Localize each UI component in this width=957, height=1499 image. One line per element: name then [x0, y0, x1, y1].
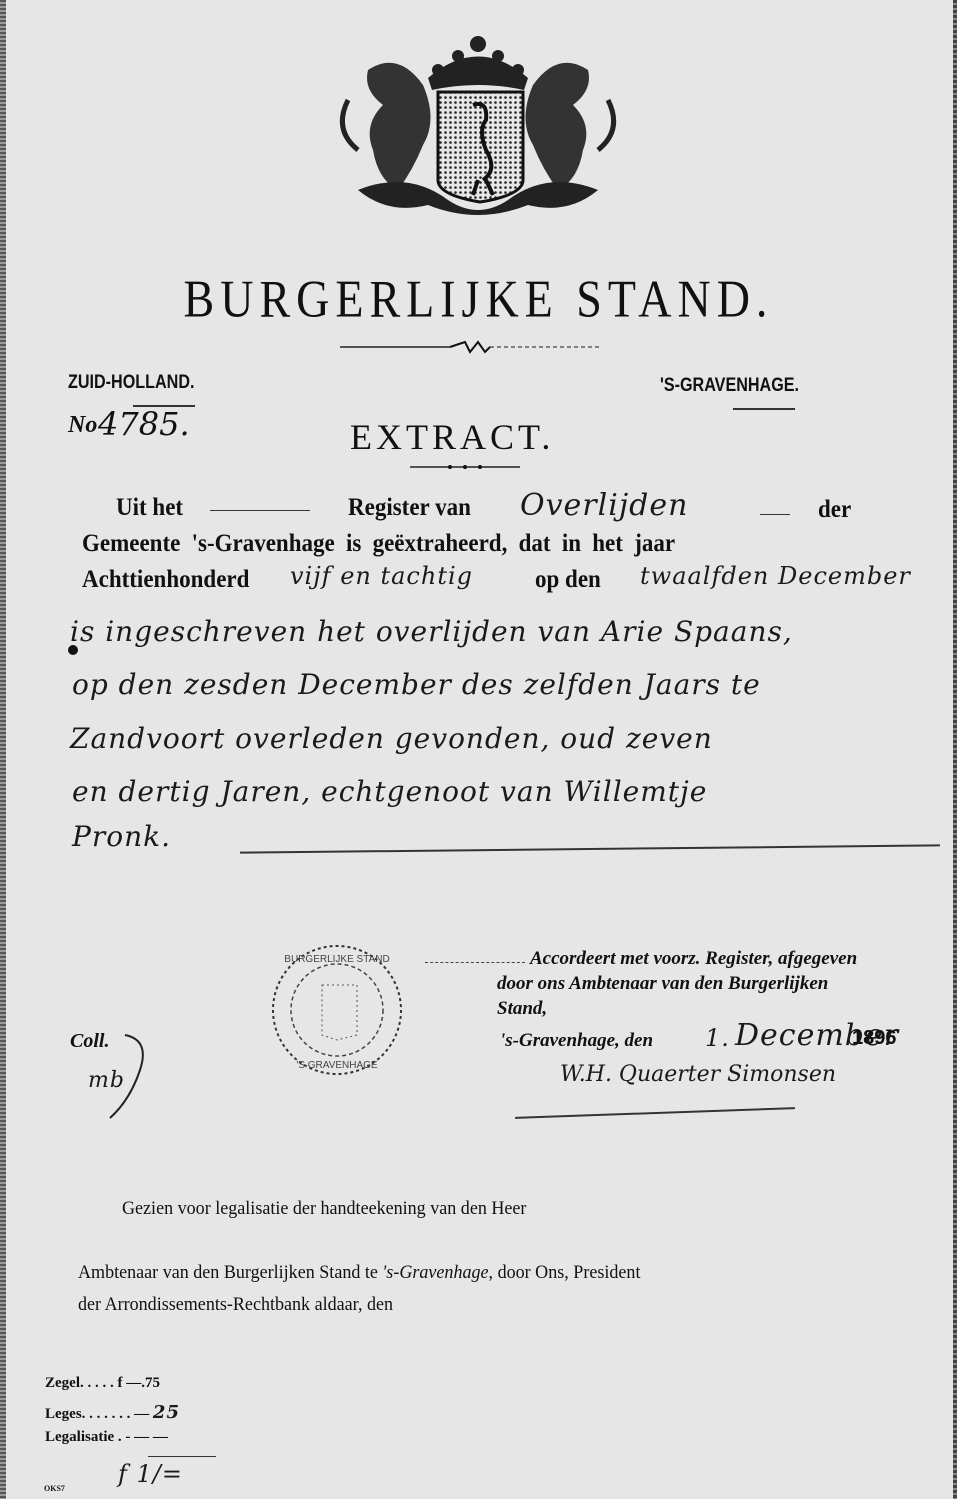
- fill-line: [760, 514, 790, 515]
- handwritten-bracket-icon: [95, 1030, 155, 1120]
- svg-text:BURGERLIJKE STAND: BURGERLIJKE STAND: [284, 954, 389, 965]
- official-seal-stamp-icon: BURGERLIJKE STAND 'S GRAVENHAGE: [262, 940, 412, 1080]
- handwritten-line: Zandvoort overleden gevonden, oud zeven: [70, 722, 713, 755]
- number-label: No: [68, 412, 97, 439]
- document-title: BURGERLIJKE STAND.: [0, 268, 957, 329]
- ornament-divider-icon: [340, 340, 600, 354]
- certification-line: door ons Ambtenaar van den Burgerlijken: [497, 971, 828, 996]
- fill-line: [425, 962, 525, 963]
- handwritten-line: Pronk.: [72, 820, 171, 853]
- closing-line: [240, 844, 940, 853]
- document-number: 4785.: [98, 405, 190, 443]
- handwritten-register-type: Overlijden: [520, 488, 688, 523]
- handwritten-year: vijf en tachtig: [290, 562, 473, 590]
- legalisation-line: Ambtenaar van den Burgerlijken Stand te …: [78, 1262, 640, 1284]
- ink-dot: [68, 645, 78, 655]
- certification-line: Accordeert met voorz. Register, afgegeve…: [530, 946, 857, 971]
- body-text: Achttienhonderd: [82, 566, 249, 594]
- legalisation-line: der Arrondissements-Rechtbank aldaar, de…: [78, 1294, 393, 1316]
- legalisation-city: 's-Gravenhage: [382, 1262, 488, 1283]
- fill-line: [210, 510, 310, 511]
- fee-total-handwritten: f 1/=: [118, 1460, 183, 1488]
- province-label: ZUID-HOLLAND.: [68, 372, 194, 394]
- svg-text:'S GRAVENHAGE: 'S GRAVENHAGE: [296, 1060, 378, 1071]
- fee-row-zegel: Zegel. . . . . f —.75: [45, 1375, 160, 1392]
- sum-line: [148, 1456, 216, 1457]
- certification-line: Stand,: [497, 996, 547, 1021]
- scan-edge-left: [0, 0, 6, 1499]
- legalisation-line: Gezien voor legalisatie der handteekenin…: [122, 1198, 526, 1220]
- fee-row-legalisatie: Legalisatie . - — —: [45, 1429, 168, 1446]
- handwritten-line: en dertig Jaren, echtgenoot van Willemtj…: [72, 775, 707, 808]
- body-text: Register van: [348, 494, 471, 522]
- official-signature: W.H. Quaerter Simonsen: [560, 1062, 836, 1087]
- coat-of-arms-icon: [328, 30, 628, 220]
- body-text: Gemeente 's-Gravenhage is geëxtraheerd, …: [82, 530, 675, 558]
- print-code: OKS7: [44, 1484, 65, 1493]
- handwritten-date: twaalfden December: [640, 562, 911, 590]
- scan-edge-right: [953, 0, 957, 1499]
- fee-row-leges: Leges. . . . . . . — 25: [45, 1402, 180, 1423]
- certification-year: 1896: [852, 1027, 897, 1050]
- city-label: 'S-GRAVENHAGE.: [660, 375, 799, 397]
- signature-line: [515, 1107, 795, 1119]
- ornament-divider-icon: [410, 462, 520, 472]
- document-type: EXTRACT.: [350, 416, 554, 458]
- body-text: Uit het: [116, 494, 183, 522]
- handwritten-line: op den zesden December des zelfden Jaars…: [72, 668, 761, 701]
- certification-place: 's-Gravenhage, den: [500, 1028, 653, 1053]
- divider: [733, 408, 795, 410]
- handwritten-line: is ingeschreven het overlijden van Arie …: [70, 615, 793, 648]
- handwritten-day: 1.: [705, 1024, 730, 1052]
- body-text: der: [818, 496, 851, 524]
- body-text: op den: [535, 566, 601, 594]
